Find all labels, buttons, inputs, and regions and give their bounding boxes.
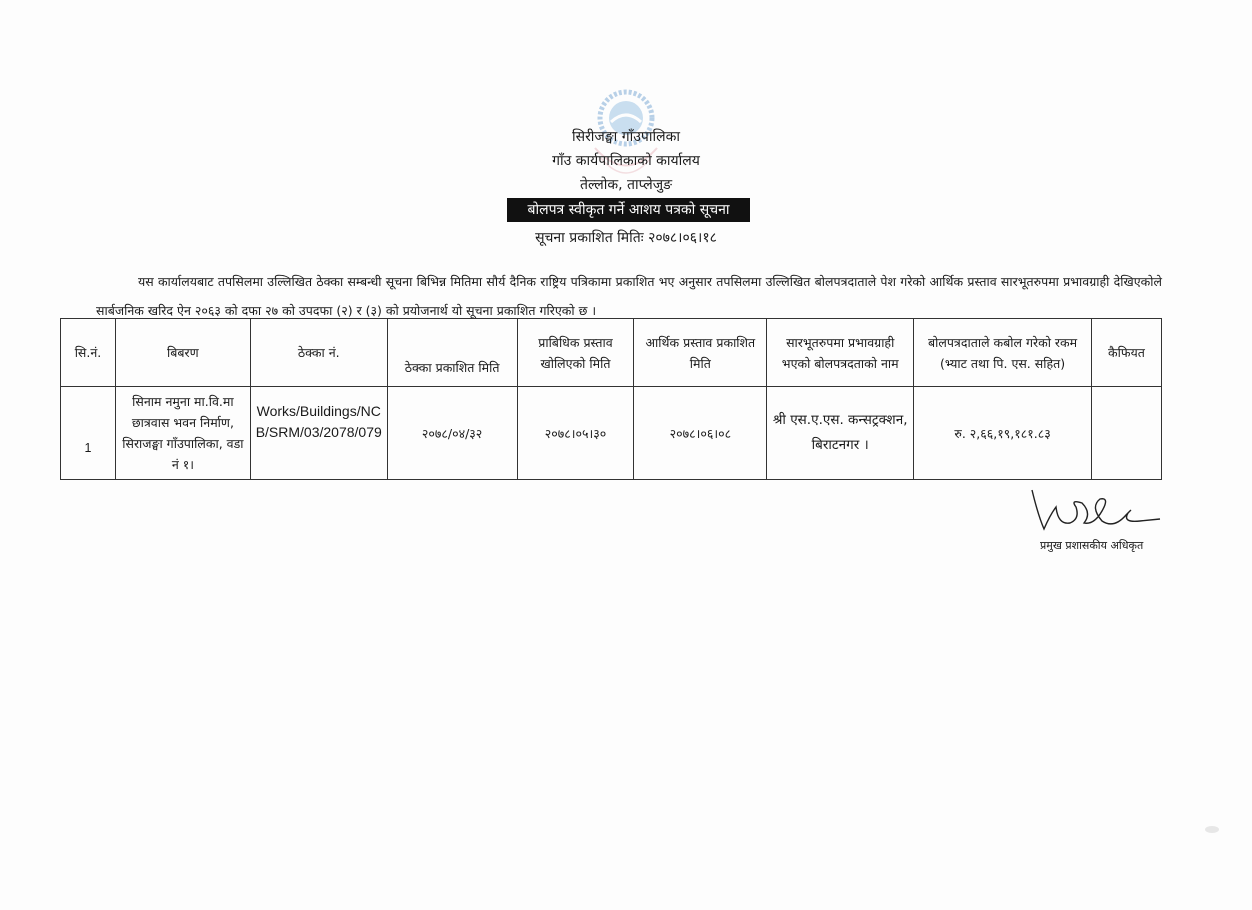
header-remarks: कैफियत [1091, 319, 1161, 387]
notice-title: बोलपत्र स्वीकृत गर्ने आशय पत्रको सूचना [507, 198, 750, 222]
office-address: तेल्लोक, ताप्लेजुङ [0, 173, 1252, 197]
header-bidder-name: सारभूतरुपमा प्रभावग्राही भएको बोलपत्रदता… [767, 319, 914, 387]
cell-bidder-name: श्री एस.ए.एस. कन्सट्रक्शन, बिराटनगर । [767, 387, 914, 480]
cell-sn: 1 [61, 387, 116, 480]
cell-contract-no: Works/Buildings/NCB/SRM/03/2078/079 [250, 387, 387, 480]
bid-table: सि.नं. बिबरण ठेक्का नं. ठेक्का प्रकाशित … [60, 318, 1162, 480]
handwritten-signature-icon [1030, 485, 1170, 535]
cell-technical-opened-date: २०७८।०५।३० [517, 387, 634, 480]
header-financial-published-date: आर्थिक प्रस्ताव प्रकाशित मिति [634, 319, 767, 387]
body-paragraph: यस कार्यालयबाट तपसिलमा उल्लिखित ठेक्का स… [96, 267, 1162, 325]
signatory-designation: प्रमुख प्रशासकीय अधिकृत [1040, 538, 1143, 553]
cell-description: सिनाम नमुना मा.वि.मा छात्रवास भवन निर्मा… [115, 387, 250, 480]
header-contract-published-date: ठेक्का प्रकाशित मिति [387, 319, 517, 387]
table-row: 1 सिनाम नमुना मा.वि.मा छात्रवास भवन निर्… [61, 387, 1162, 480]
header-sn: सि.नं. [61, 319, 116, 387]
published-date: सूचना प्रकाशित मितिः २०७८।०६।१८ [0, 226, 1252, 250]
header-description: बिबरण [115, 319, 250, 387]
cell-bid-amount: रु. २,६६,१९,१८१.८३ [914, 387, 1092, 480]
office-subtitle: गाँउ कार्यपालिकाको कार्यालय [0, 149, 1252, 173]
cell-financial-published-date: २०७८।०६।०८ [634, 387, 767, 480]
header-bid-amount: बोलपत्रदाताले कबोल गरेको रकम (भ्याट तथा … [914, 319, 1092, 387]
office-name: सिरीजङ्घा गाँउपालिका [0, 125, 1252, 149]
header-technical-opened-date: प्राबिधिक प्रस्ताव खोलिएको मिति [517, 319, 634, 387]
table-header-row: सि.नं. बिबरण ठेक्का नं. ठेक्का प्रकाशित … [61, 319, 1162, 387]
header-contract-no: ठेक्का नं. [250, 319, 387, 387]
scan-smudge [1205, 826, 1219, 833]
cell-remarks [1091, 387, 1161, 480]
cell-contract-published-date: २०७८/०४/३२ [387, 387, 517, 480]
